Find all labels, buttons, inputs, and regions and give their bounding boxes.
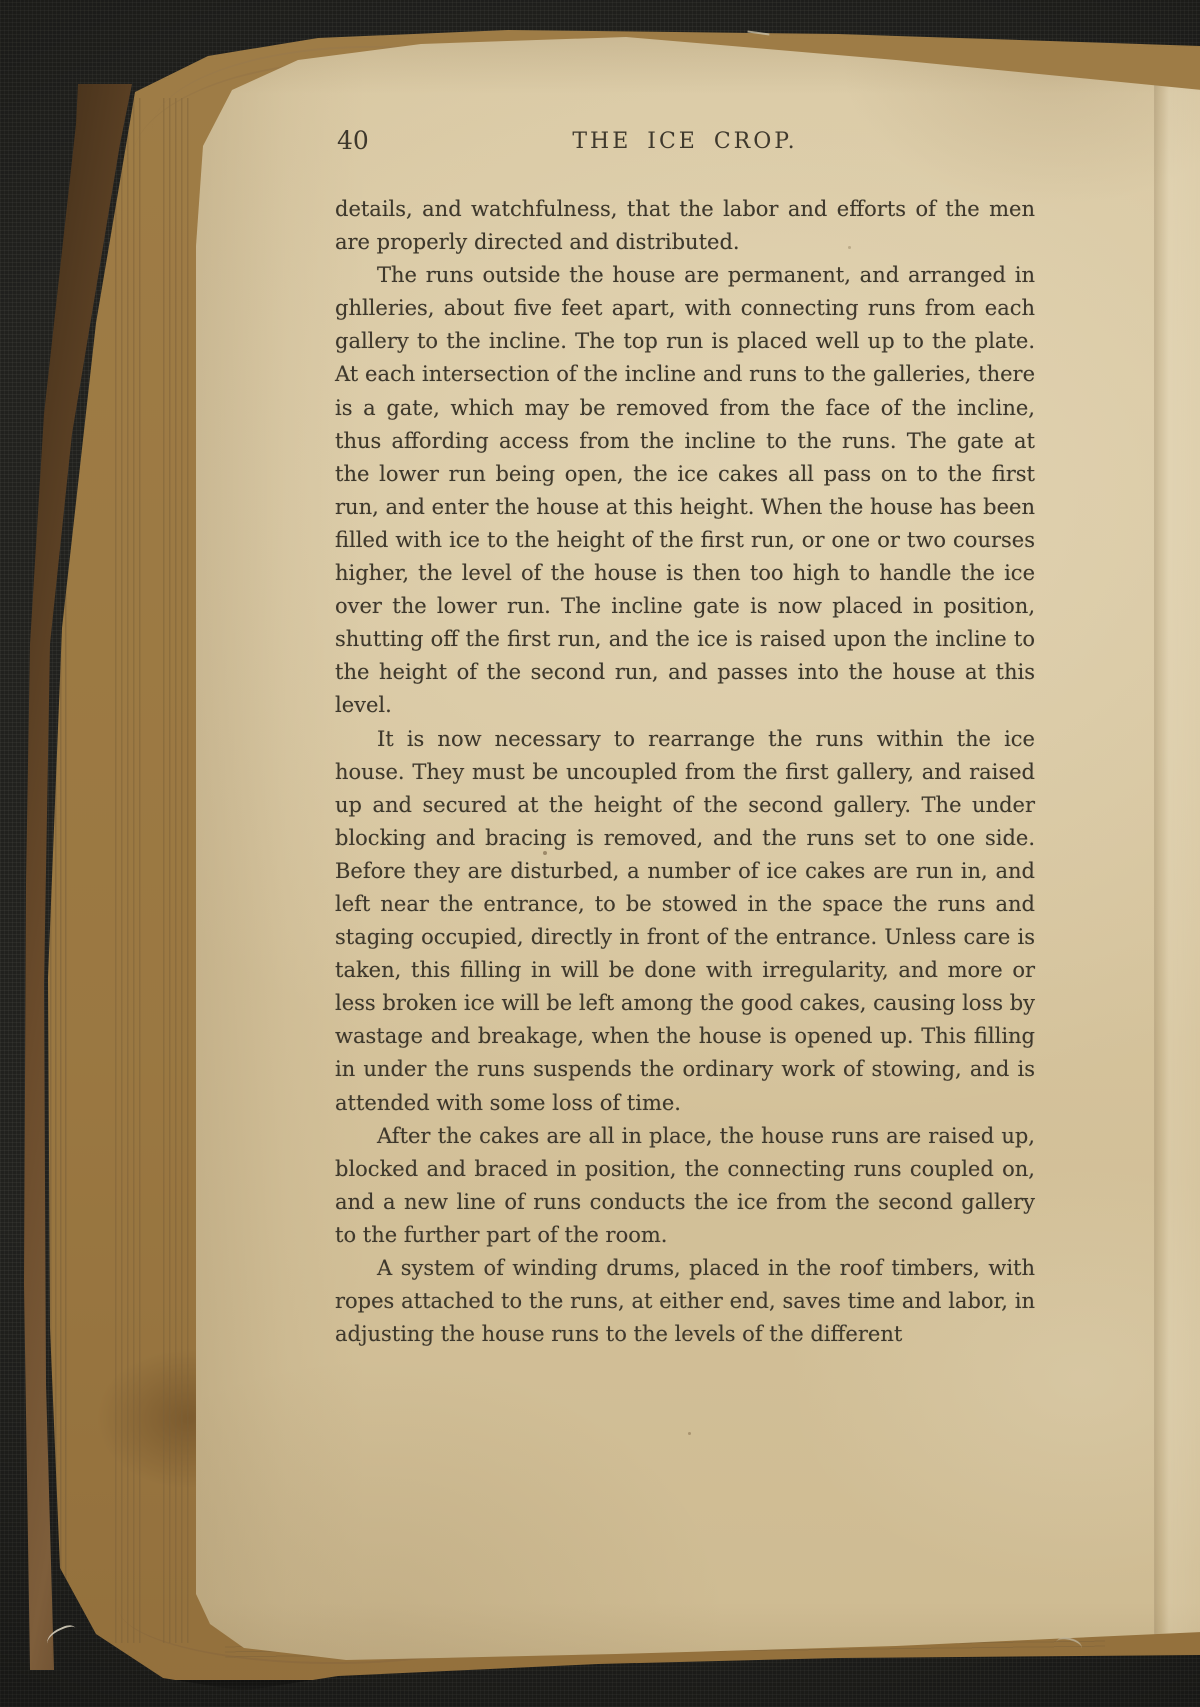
body-text: details, and watchfulness, that the labo… xyxy=(335,193,1035,1351)
page-crease xyxy=(1154,70,1200,1640)
body-paragraph: A system of winding drums, placed in the… xyxy=(335,1252,1035,1351)
foxing-speck xyxy=(688,1432,691,1435)
running-title: THE ICE CROP. xyxy=(335,129,1035,154)
body-paragraph: After the cakes are all in place, the ho… xyxy=(335,1120,1035,1252)
foxing-speck xyxy=(848,246,851,249)
book-photo: 40 THE ICE CROP. details, and watchfulne… xyxy=(0,0,1200,1707)
body-paragraph: details, and watchfulness, that the labo… xyxy=(335,193,1035,259)
body-paragraph: It is now necessary to rearrange the run… xyxy=(335,723,1035,1120)
book-page: 40 THE ICE CROP. details, and watchfulne… xyxy=(196,34,1200,1672)
foxing-speck xyxy=(543,851,547,855)
body-paragraph: The runs outside the house are permanent… xyxy=(335,259,1035,722)
